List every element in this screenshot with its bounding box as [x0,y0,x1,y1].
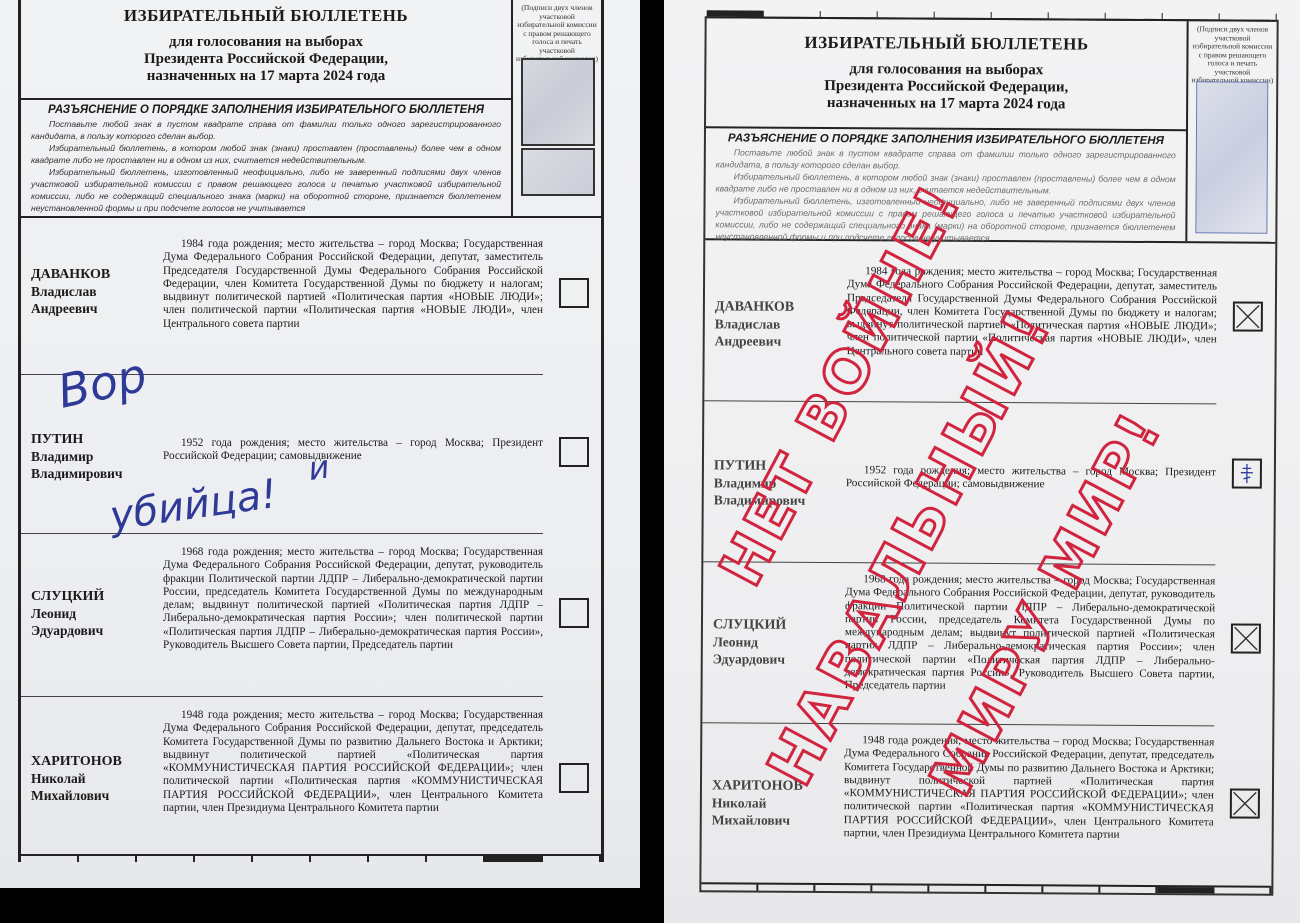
candidate-row: ДАВАНКОВ Владислав Андреевич 1984 года р… [21,216,543,375]
explanation-paragraph: Избирательный бюллетень, изготовленный н… [715,194,1175,245]
candidate-name: ХАРИТОНОВ Николай Михайлович [712,777,803,829]
candidate-row: СЛУЦКИЙ Леонид Эдуардович 1968 года рожд… [702,562,1215,726]
blurred-signature [521,148,595,196]
candidate-surname: ПУТИН [714,457,806,475]
candidate-row: ХАРИТОНОВ Николай Михайлович 1948 года р… [21,697,543,857]
explanation-block: РАЗЪЯСНЕНИЕ О ПОРЯДКЕ ЗАПОЛНЕНИЯ ИЗБИРАТ… [705,128,1186,249]
cross-mark-icon [1233,625,1259,651]
candidate-first-name: Владислав [31,283,110,300]
candidate-list: ДАВАНКОВ Владислав Андреевич 1984 года р… [21,216,601,857]
candidate-surname: ДАВАНКОВ [715,298,794,315]
candidate-name: ДАВАНКОВ Владислав Андреевич [31,266,110,317]
explanation-paragraph: Избирательный бюллетень, изготовленный н… [31,166,501,214]
candidate-description: 1948 года рождения; место жительства – г… [163,697,543,815]
ballot-sheet: ИЗБИРАТЕЛЬНЫЙ БЮЛЛЕТЕНЬ для голосования … [699,16,1278,895]
ballot-subtitle-3: назначенных на 17 марта 2024 года [706,94,1186,114]
candidate-surname: ХАРИТОНОВ [712,777,803,795]
vote-checkbox[interactable] [559,437,589,467]
ballot-subtitle-2: Президента Российской Федерации, [21,51,511,68]
candidate-first-name: Леонид [31,605,104,622]
ballot-header: ИЗБИРАТЕЛЬНЫЙ БЮЛЛЕТЕНЬ для голосования … [705,18,1276,243]
explanation-title: РАЗЪЯСНЕНИЕ О ПОРЯДКЕ ЗАПОЛНЕНИЯ ИЗБИРАТ… [716,132,1176,147]
candidate-name: ПУТИН Владимир Владимирович [714,457,806,509]
explanation-paragraph: Поставьте любой знак в пустом квадрате с… [716,146,1176,173]
cross-mark-icon [1232,790,1258,816]
blurred-stamp [1195,81,1268,233]
candidate-row: ХАРИТОНОВ Николай Михайлович 1948 года р… [701,723,1214,886]
candidate-description: 1984 года рождения; место жительства – г… [163,216,543,331]
vote-checkbox-crossed[interactable] [1231,623,1261,653]
candidate-patronymic: Михайлович [31,787,122,804]
candidate-first-name: Владимир [714,474,806,492]
blurred-stamp [521,58,595,146]
candidate-surname: ПУТИН [31,431,123,448]
ballot-title: ИЗБИРАТЕЛЬНЫЙ БЮЛЛЕТЕНЬ [706,32,1186,55]
candidate-description: 1968 года рождения; место жительства – г… [163,534,543,652]
candidate-description: 1968 года рождения; место жительства – г… [845,563,1216,695]
candidate-patronymic: Эдуардович [31,622,104,639]
candidate-name: ХАРИТОНОВ Николай Михайлович [31,753,122,804]
orthodox-cross-icon [1234,460,1260,486]
candidate-description: 1952 года рождения; место жительства – г… [846,402,1217,493]
candidate-first-name: Леонид [713,633,786,650]
ballot-photo-left: ИЗБИРАТЕЛЬНЫЙ БЮЛЛЕТЕНЬ для голосования … [0,0,640,888]
candidate-surname: ХАРИТОНОВ [31,753,122,770]
candidate-row: СЛУЦКИЙ Леонид Эдуардович 1968 года рожд… [21,534,543,697]
vote-checkbox-crossed[interactable] [1230,788,1260,818]
title-area: ИЗБИРАТЕЛЬНЫЙ БЮЛЛЕТЕНЬ для голосования … [706,18,1187,131]
candidate-patronymic: Михайлович [712,811,803,829]
ballot-title: ИЗБИРАТЕЛЬНЫЙ БЮЛЛЕТЕНЬ [21,6,511,26]
candidate-list: ДАВАНКОВ Владислав Андреевич 1984 года р… [701,240,1275,886]
candidate-first-name: Николай [712,794,803,812]
ballot-photo-right: ИЗБИРАТЕЛЬНЫЙ БЮЛЛЕТЕНЬ для голосования … [664,0,1300,923]
ballot-subtitle-3: назначенных на 17 марта 2024 года [21,68,511,85]
ballot-edge-strip [21,854,601,862]
candidate-name: СЛУЦКИЙ Леонид Эдуардович [31,588,104,639]
cross-mark-icon [1235,303,1261,329]
candidate-description: 1948 года рождения; место жительства – г… [844,724,1215,843]
title-area: ИЗБИРАТЕЛЬНЫЙ БЮЛЛЕТЕНЬ для голосования … [21,0,511,100]
explanation-paragraph: Поставьте любой знак в пустом квадрате с… [31,118,501,142]
candidate-surname: СЛУЦКИЙ [31,588,104,605]
explanation-block: РАЗЪЯСНЕНИЕ О ПОРЯДКЕ ЗАПОЛНЕНИЯ ИЗБИРАТ… [21,100,511,218]
candidate-patronymic: Эдуардович [713,650,786,667]
candidate-row: ПУТИН Владимир Владимирович 1952 года ро… [21,375,543,534]
ballot-subtitle-1: для голосования на выборах [21,34,511,51]
vote-checkbox[interactable] [559,598,589,628]
explanation-paragraph: Избирательный бюллетень, в котором любой… [31,142,501,166]
candidate-name: СЛУЦКИЙ Леонид Эдуардович [713,616,787,667]
candidate-first-name: Николай [31,770,122,787]
explanation-paragraph: Избирательный бюллетень, в котором любой… [716,170,1176,197]
candidate-patronymic: Андреевич [715,332,794,349]
vote-checkbox[interactable] [559,763,589,793]
title-block: ИЗБИРАТЕЛЬНЫЙ БЮЛЛЕТЕНЬ для голосования … [705,18,1188,241]
candidate-surname: ДАВАНКОВ [31,266,110,283]
ballot-header: ИЗБИРАТЕЛЬНЫЙ БЮЛЛЕТЕНЬ для голосования … [21,0,601,218]
vote-checkbox-marked[interactable] [1232,458,1262,488]
candidate-row: ДАВАНКОВ Владислав Андреевич 1984 года р… [704,240,1217,404]
candidate-name: ДАВАНКОВ Владислав Андреевич [715,298,795,349]
candidate-surname: СЛУЦКИЙ [713,616,786,633]
title-block: ИЗБИРАТЕЛЬНЫЙ БЮЛЛЕТЕНЬ для голосования … [21,0,513,216]
candidate-name: ПУТИН Владимир Владимирович [31,431,123,482]
candidate-first-name: Владимир [31,448,123,465]
vote-checkbox[interactable] [559,278,589,308]
ballot-sheet: ИЗБИРАТЕЛЬНЫЙ БЮЛЛЕТЕНЬ для голосования … [18,0,604,862]
candidate-description: 1952 года рождения; место жительства – г… [163,375,543,464]
explanation-title: РАЗЪЯСНЕНИЕ О ПОРЯДКЕ ЗАПОЛНЕНИЯ ИЗБИРАТ… [31,104,501,116]
candidate-first-name: Владислав [715,315,794,332]
candidate-row: ПУТИН Владимир Владимирович 1952 года ро… [703,401,1216,565]
signature-block: (Подписи двух членов участковой избирате… [1187,21,1276,242]
signature-note: (Подписи двух членов участковой избирате… [1188,21,1276,89]
signature-block: (Подписи двух членов участковой избирате… [513,0,601,216]
candidate-description: 1984 года рождения; место жительства – г… [847,241,1218,360]
candidate-patronymic: Владимирович [714,491,806,509]
vote-checkbox-crossed[interactable] [1233,301,1263,331]
candidate-patronymic: Андреевич [31,300,110,317]
candidate-patronymic: Владимирович [31,465,123,482]
